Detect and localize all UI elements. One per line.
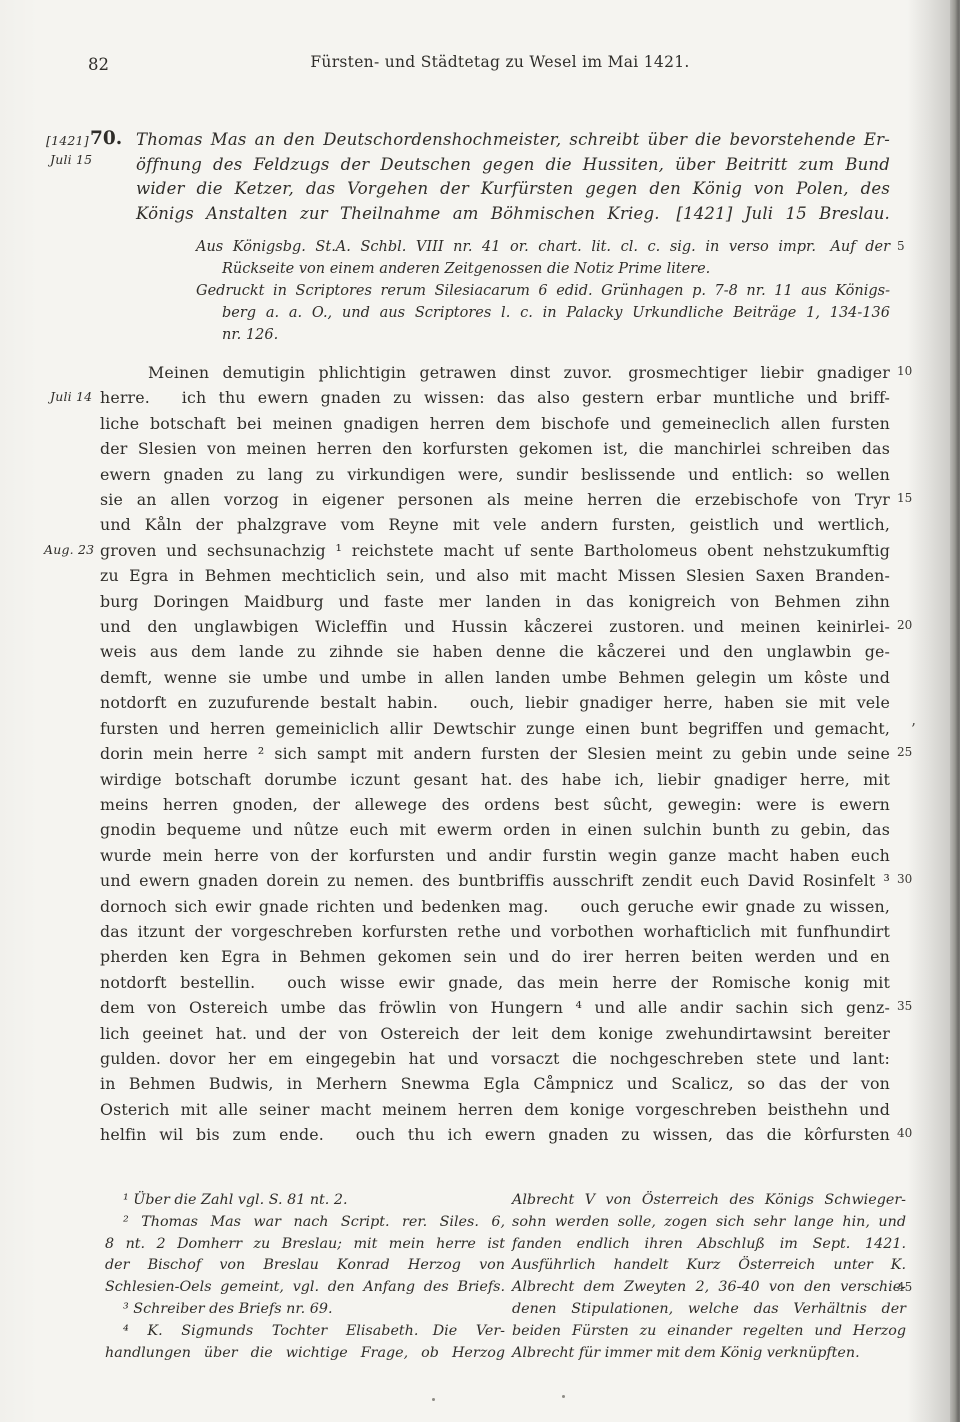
footnotes-right-column: Albrecht V von Österreich des Königs Sch…	[512, 1190, 906, 1364]
body-line: das itzunt der vorgeschreben korfursten …	[100, 919, 890, 944]
body-line: demft, wenne sie umbe und umbe in allen …	[100, 665, 890, 690]
footnote-line: ² Thomas Mas war nach Script. rer. Siles…	[105, 1212, 505, 1234]
body-line: zu Egra in Behmen mechticlich sein, und …	[100, 563, 890, 588]
body-line: Meinen demutigin phlichtigin getrawen di…	[100, 360, 890, 385]
body-line: dornoch sich ewir gnade richten und bede…	[100, 894, 890, 919]
letter-body: Meinen demutigin phlichtigin getrawen di…	[100, 360, 890, 1148]
body-line: ewern gnaden zu lang zu virkundigen were…	[100, 462, 890, 487]
summary-line: öffnung des Feldzugs der Deutschen gegen…	[136, 153, 890, 178]
footnote-line: handlungen über die wichtige Frage, ob H…	[105, 1343, 505, 1365]
footnote-line: ⁴ K. Sigmunds Tochter Elisabeth. Die Ver…	[105, 1321, 505, 1343]
margin-entry-date: Juli 15	[50, 152, 92, 167]
source-line: Rückseite von einem anderen Zeitgenossen…	[196, 258, 890, 280]
dust-speck	[432, 1398, 435, 1401]
body-line: liche botschaft bei meinen gnadigen herr…	[100, 411, 890, 436]
body-line: gulden. dovor her em eingegebin hat und …	[100, 1046, 890, 1071]
body-line: und den unglawbigen Wicleffin und Hussin…	[100, 614, 890, 639]
source-line: berg a. a. O., und aus Scriptores l. c. …	[196, 302, 890, 324]
source-line: Aus Königsbg. St.A. Schbl. VIII nr. 41 o…	[196, 236, 890, 258]
source-line: nr. 126.	[196, 324, 890, 346]
body-line: und Kåln der phalzgrave vom Reyne mit ve…	[100, 512, 890, 537]
footnote-line: ³ Schreiber des Briefs nr. 69.	[105, 1299, 505, 1321]
body-line: pherden ken Egra in Behmen gekomen sein …	[100, 944, 890, 969]
body-line: notdorft bestellin. ouch wisse ewir gnad…	[100, 970, 890, 995]
footnote-line: Schlesien-Oels gemeint, vgl. den Anfang …	[105, 1277, 505, 1299]
body-line: und ewern gnaden dorein zu nemen. des bu…	[100, 868, 890, 893]
body-line: Osterich mit alle seiner macht meinem he…	[100, 1097, 890, 1122]
footnote-line: Albrecht dem Zweyten 2, 36-40 von den ve…	[512, 1277, 906, 1299]
margin-line-number: 40	[897, 1126, 931, 1140]
footnote-line: fanden endlich ihren Abschluß im Sept. 1…	[512, 1234, 906, 1256]
footnote-line: Ausführlich handelt Kurz Österreich unte…	[512, 1255, 906, 1277]
entry-summary: Thomas Mas an den Deutschordenshochmeist…	[136, 128, 890, 226]
footnote-line: Albrecht für immer mit dem König verknüp…	[512, 1343, 906, 1365]
footnote-line: ¹ Über die Zahl vgl. S. 81 nt. 2.	[105, 1190, 505, 1212]
summary-line: Königs Anstalten zur Theilnahme am Böhmi…	[136, 202, 890, 227]
margin-line-number: 20	[897, 618, 931, 632]
body-line: fursten und herren gemeiniclich allir De…	[100, 716, 890, 741]
running-title: Fürsten- und Städtetag zu Wesel im Mai 1…	[50, 53, 950, 71]
body-line: sie an allen vorzog in eigener personen …	[100, 487, 890, 512]
body-line: der Slesien von meinen herren den korfur…	[100, 436, 890, 461]
body-line: weis aus dem lande zu zihnde sie haben d…	[100, 639, 890, 664]
summary-line: Thomas Mas an den Deutschordenshochmeist…	[136, 128, 890, 153]
source-line: Gedruckt in Scriptores rerum Silesiacaru…	[196, 280, 890, 302]
margin-note-aug23: Aug. 23	[44, 542, 94, 557]
footnote-line: beiden Fürsten zu einander regelten und …	[512, 1321, 906, 1343]
margin-line-number: 5	[897, 239, 931, 253]
page-edge-shadow	[950, 0, 960, 1422]
body-line: in Behmen Budwis, in Merhern Snewma Egla…	[100, 1071, 890, 1096]
body-line: groven und sechsunachzig ¹ reichstete ma…	[100, 538, 890, 563]
footnotes-left-column: ¹ Über die Zahl vgl. S. 81 nt. 2. ² Thom…	[105, 1190, 505, 1364]
source-note: Aus Königsbg. St.A. Schbl. VIII nr. 41 o…	[196, 236, 890, 346]
footnote-line: der Bischof von Breslau Konrad Herzog vo…	[105, 1255, 505, 1277]
margin-line-number: 15	[897, 491, 931, 505]
body-line: wirdige botschaft dorumbe iczunt gesant …	[100, 767, 890, 792]
margin-line-number: 30	[897, 872, 931, 886]
body-line: burg Doringen Maidburg und faste mer lan…	[100, 589, 890, 614]
entry-number: 70.	[90, 128, 122, 149]
scanned-book-page: 82 Fürsten- und Städtetag zu Wesel im Ma…	[0, 0, 960, 1422]
body-line: lich geeinet hat. und der von Ostereich …	[100, 1021, 890, 1046]
body-line: helfin wil bis zum ende. ouch thu ich ew…	[100, 1122, 890, 1147]
margin-entry-year: [1421]	[46, 133, 89, 148]
body-line: gnodin bequeme und nûtze euch mit ewerm …	[100, 817, 890, 842]
body-line: dorin mein herre ² sich sampt mit andern…	[100, 741, 890, 766]
margin-line-number: 35	[897, 999, 931, 1013]
dust-speck	[562, 1395, 565, 1398]
ink-stray-mark: ’	[911, 720, 916, 738]
margin-line-number: 25	[897, 745, 931, 759]
body-line: meins herren gnoden, der allewege des or…	[100, 792, 890, 817]
footnote-line: Albrecht V von Österreich des Königs Sch…	[512, 1190, 906, 1212]
body-line: dem von Ostereich umbe das fröwlin von H…	[100, 995, 890, 1020]
body-line: wurde mein herre von der korfursten und …	[100, 843, 890, 868]
summary-line: wider die Ketzer, das Vorgehen der Kurfü…	[136, 177, 890, 202]
margin-line-number: 10	[897, 364, 931, 378]
margin-note-juli14: Juli 14	[50, 389, 92, 404]
body-line: herre. ich thu ewern gnaden zu wissen: d…	[100, 385, 890, 410]
footnote-line: denen Stipulationen, welche das Verhältn…	[512, 1299, 906, 1321]
body-line: notdorft en zuzufurende bestalt habin. o…	[100, 690, 890, 715]
footnote-line: 8 nt. 2 Domherr zu Breslau; mit mein her…	[105, 1234, 505, 1256]
footnote-line: sohn werden solle, zogen sich sehr lange…	[512, 1212, 906, 1234]
